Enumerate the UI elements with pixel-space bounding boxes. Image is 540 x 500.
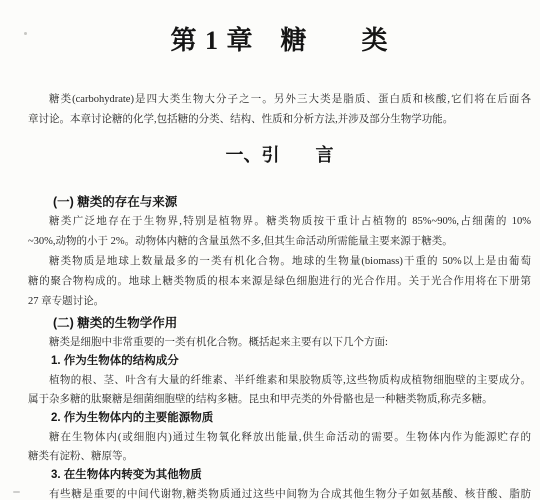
scanned-book-page: 第 1 章 糖 类 糖类(carbohydrate)是四大类生物大分子之一。另外… (0, 0, 540, 500)
text-line: 糖的聚合物构成的。地球上糖类物质的根本来源是绿色细胞进行的光合作用。关于光合作用… (28, 272, 531, 292)
item-2-heading: 2. 作为生物体内的主要能源物质 (28, 409, 531, 428)
text-line: 有些糖是重要的中间代谢物,糖类物质通过这些中间物为合成其他生物分子如氨基酸、核苷… (28, 485, 531, 500)
text-line: 糖在生物体内(或细胞内)通过生物氧化释放出能量,供生命活动的需要。生物体内作为能… (28, 428, 531, 447)
text-line: 章讨论。本章讨论糖的化学,包括糖的分类、结构、性质和分析方法,并涉及部分生物学功… (28, 110, 531, 130)
text-line: 糖类是细胞中非常重要的一类有机化合物。概括起来主要有以下几个方面: (28, 333, 531, 352)
paragraph-conversion-role: 有些糖是重要的中间代谢物,糖类物质通过这些中间物为合成其他生物分子如氨基酸、核苷… (28, 485, 531, 500)
text-column: 第 1 章 糖 类 糖类(carbohydrate)是四大类生物大分子之一。另外… (28, 22, 531, 500)
paragraph-energy-role: 糖在生物体内(或细胞内)通过生物氧化释放出能量,供生命活动的需要。生物体内作为能… (28, 428, 531, 466)
scan-speck (13, 491, 20, 493)
text-line: 糖类有淀粉、糖原等。 (28, 447, 531, 466)
text-line: 糖类(carbohydrate)是四大类生物大分子之一。另外三大类是脂质、蛋白质… (28, 90, 531, 110)
section-heading-introduction: 一、引 言 (28, 142, 531, 168)
item-3-heading: 3. 在生物体内转变为其他物质 (28, 466, 531, 485)
text-line: 27 章专题讨论。 (28, 292, 531, 312)
text-line: ~30%,动物的小于 2%。动物体内糖的含量虽然不多,但其生命活动所需能量主要来… (28, 232, 531, 252)
biological-roles-section: (二) 糖类的生物学作用 糖类是细胞中非常重要的一类有机化合物。概括起来主要有以… (28, 314, 531, 500)
paragraph-sources-2: 糖类物质是地球上数量最多的一类有机化合物。地球的生物量(biomass)干重的 … (28, 252, 531, 312)
text-line: 植物的根、茎、叶含有大量的纤维素、半纤维素和果胶物质等,这些物质构成植物细胞壁的… (28, 371, 531, 390)
text-line: 糖类物质是地球上数量最多的一类有机化合物。地球的生物量(biomass)干重的 … (28, 252, 531, 272)
subsection-2-heading: (二) 糖类的生物学作用 (28, 314, 531, 333)
text-line: 属于杂多糖的肽聚糖是细菌细胞壁的结构多糖。昆虫和甲壳类的外骨骼也是一种糖类物质,… (28, 390, 531, 409)
intro-paragraph: 糖类(carbohydrate)是四大类生物大分子之一。另外三大类是脂质、蛋白质… (28, 90, 531, 130)
text-line: 糖类广泛地存在于生物界,特别是植物界。糖类物质按干重计占植物的 85%~90%,… (28, 212, 531, 232)
chapter-title: 第 1 章 糖 类 (28, 22, 531, 60)
item-1-heading: 1. 作为生物体的结构成分 (28, 352, 531, 371)
scan-speck (24, 32, 27, 35)
paragraph-structural-role: 植物的根、茎、叶含有大量的纤维素、半纤维素和果胶物质等,这些物质构成植物细胞壁的… (28, 371, 531, 409)
subsection-1-heading: (一) 糖类的存在与来源 (28, 192, 531, 212)
paragraph-sources-1: 糖类广泛地存在于生物界,特别是植物界。糖类物质按干重计占植物的 85%~90%,… (28, 212, 531, 252)
